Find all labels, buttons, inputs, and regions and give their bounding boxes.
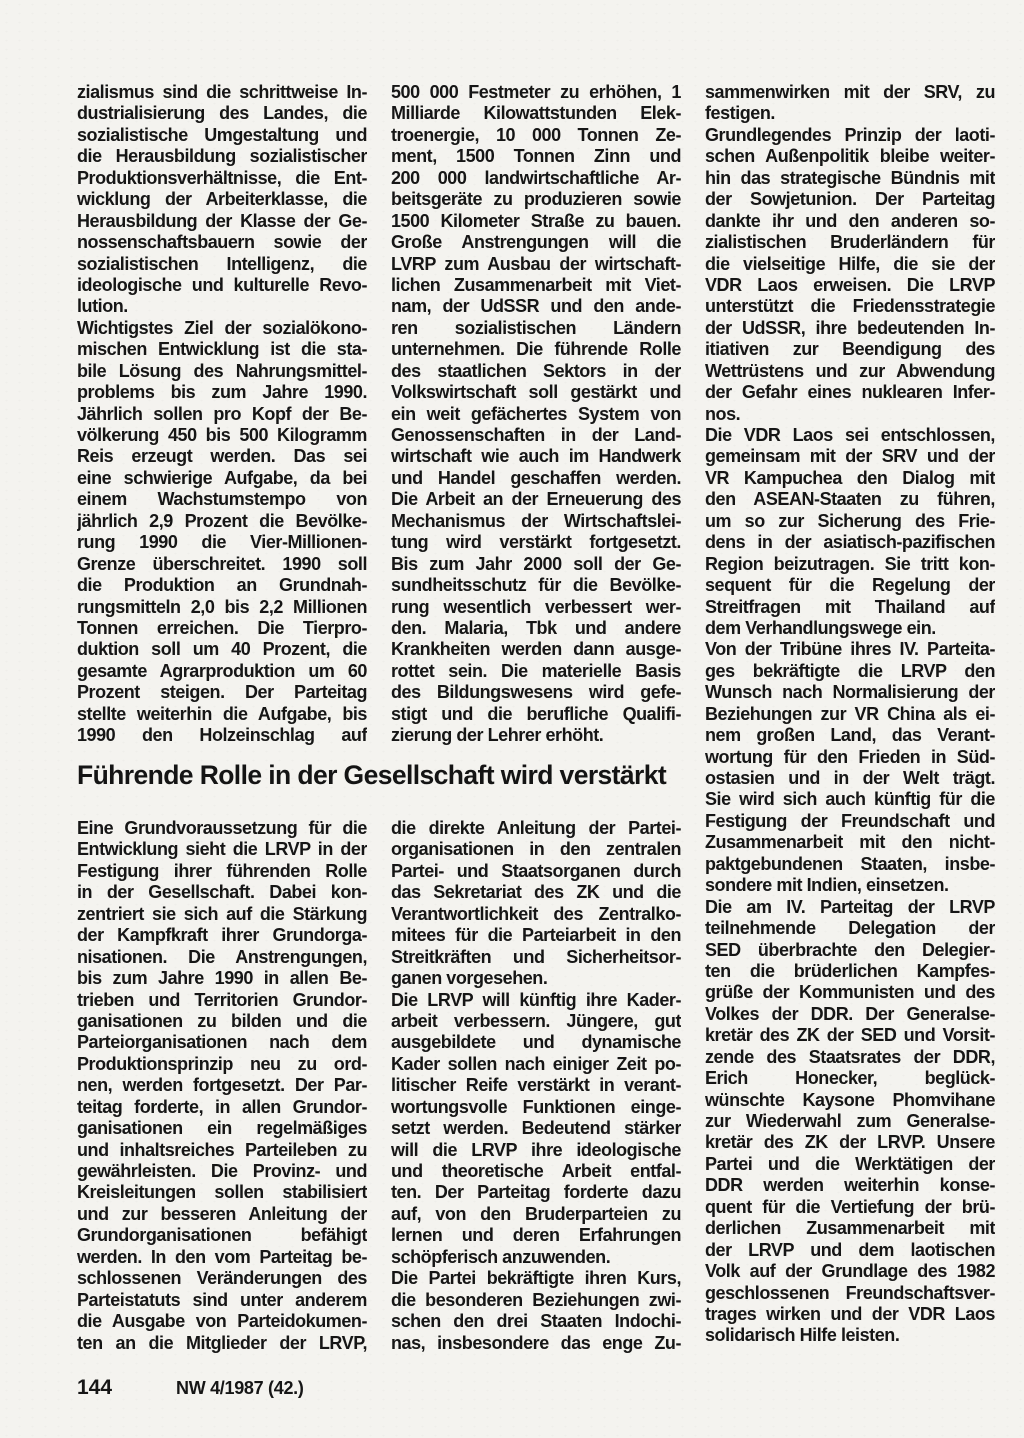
text-line: VDR Laos erweisen. Die LRVP: [705, 275, 995, 296]
text-line: Kreisleitungen sollen stabilisiert: [77, 1182, 367, 1203]
text-line: des staatlichen Sektors in der: [391, 361, 681, 382]
text-line: wünschte Kaysone Phomvihane: [705, 1090, 995, 1111]
text-line: und inhaltsreiches Parteileben zu: [77, 1140, 367, 1161]
text-line: der Gefahr eines nuklearen Infer-: [705, 382, 995, 403]
text-line: litischer Reife verstärkt in verant-: [391, 1075, 681, 1096]
text-line: arbeit verbessern. Jüngere, gut: [391, 1011, 681, 1032]
text-line: Die VDR Laos sei entschlossen,: [705, 425, 995, 446]
text-line: nisationen. Die Anstrengungen,: [77, 947, 367, 968]
text-line: die Ausgabe von Parteidokumen-: [77, 1311, 367, 1332]
text-line: Zusammenarbeit mit den nicht-: [705, 832, 995, 853]
text-line: das Sekretariat des ZK und die: [391, 882, 681, 903]
text-line: VR Kampuchea den Dialog mit: [705, 468, 995, 489]
text-line: paktgebundenen Staaten, insbe-: [705, 854, 995, 875]
text-line: nem großen Land, das Verant-: [705, 725, 995, 746]
text-line: Die LRVP will künftig ihre Kader-: [391, 990, 681, 1011]
text-line: nas, insbesondere das enge Zu-: [391, 1333, 681, 1354]
text-line: ren sozialistischen Ländern: [391, 318, 681, 339]
text-line: Streitfragen mit Thailand auf: [705, 597, 995, 618]
text-line: wortungsvolle Funktionen einge-: [391, 1097, 681, 1118]
text-line: Reis erzeugt werden. Das sei: [77, 446, 367, 467]
text-line: solidarisch Hilfe leisten.: [705, 1325, 995, 1346]
text-line: Produktionsverhältnisse, die Ent-: [77, 168, 367, 189]
text-line: Sie wird sich auch künftig für die: [705, 789, 995, 810]
text-line: unterstützt die Friedensstrategie: [705, 296, 995, 317]
text-line: dankte ihr und den anderen so-: [705, 211, 995, 232]
text-line: stigt und die berufliche Qualifi-: [391, 704, 681, 725]
text-line: zialistischen Bruderländern für: [705, 232, 995, 253]
text-line: sozialistischen Intelligenz, die: [77, 254, 367, 275]
text-line: Kader sollen nach einiger Zeit po-: [391, 1054, 681, 1075]
text-line: ostasien und in der Welt trägt.: [705, 768, 995, 789]
text-line: die vielseitige Hilfe, die sie der: [705, 254, 995, 275]
text-line: ausgebildete und dynamische: [391, 1032, 681, 1053]
text-line: kretär des ZK der LRVP. Unsere: [705, 1132, 995, 1153]
text-line: der Sowjetunion. Der Parteitag: [705, 189, 995, 210]
text-line: ment, 1500 Tonnen Zinn und: [391, 146, 681, 167]
text-line: nossenschaftsbauern sowie der: [77, 232, 367, 253]
text-line: Beziehungen zur VR China als ei-: [705, 704, 995, 725]
page-footer: 144 NW 4/1987 (42.): [0, 1376, 1024, 1406]
text-line: und Handel geschaffen werden.: [391, 468, 681, 489]
text-line: zentriert sie sich auf die Stärkung: [77, 904, 367, 925]
text-line: sondere mit Indien, einsetzen.: [705, 875, 995, 896]
text-line: sozialistische Umgestaltung und: [77, 125, 367, 146]
text-line: und zur besseren Anleitung der: [77, 1204, 367, 1225]
text-line: Erich Honecker, beglück-: [705, 1068, 995, 1089]
text-line: bile Lösung des Nahrungsmittel-: [77, 361, 367, 382]
text-line: beitsgeräte zu produzieren sowie: [391, 189, 681, 210]
text-line: Die Partei bekräftigte ihren Kurs,: [391, 1268, 681, 1289]
text-line: und theoretische Arbeit entfal-: [391, 1161, 681, 1182]
section-heading: Führende Rolle in der Gesellschaft wird …: [77, 760, 717, 791]
text-line: lernen und deren Erfahrungen: [391, 1225, 681, 1246]
text-line: Streitkräften und Sicherheitsor-: [391, 947, 681, 968]
text-line: teilnehmende Delegation der: [705, 918, 995, 939]
text-line: trages wirken und der VDR Laos: [705, 1304, 995, 1325]
text-line: Partei und die Werktätigen der: [705, 1154, 995, 1175]
text-line: Grundorganisationen befähigt: [77, 1225, 367, 1246]
text-line: mischen Entwicklung ist die sta-: [77, 339, 367, 360]
text-line: Krankheiten werden dann ausge-: [391, 639, 681, 660]
text-line: Von der Tribüne ihres IV. Parteita-: [705, 639, 995, 660]
issue-label: NW 4/1987 (42.): [176, 1378, 304, 1399]
text-line: rottet sein. Die materielle Basis: [391, 661, 681, 682]
text-line: zende des Staatsrates der DDR,: [705, 1047, 995, 1068]
text-line: SED überbrachte den Delegier-: [705, 940, 995, 961]
text-line: trieben und Territorien Grundor-: [77, 990, 367, 1011]
text-line: eine schwierige Aufgabe, da bei: [77, 468, 367, 489]
text-line: in der Gesellschaft. Dabei kon-: [77, 882, 367, 903]
text-line: unternehmen. Die führende Rolle: [391, 339, 681, 360]
text-column-upper-left: zialismus sind die schrittweise In-dustr…: [77, 82, 367, 747]
text-line: den. Malaria, Tbk und andere: [391, 618, 681, 639]
text-line: Entwicklung sieht die LRVP in der: [77, 839, 367, 860]
text-line: bis zum Jahre 1990 in allen Be-: [77, 968, 367, 989]
text-line: sequent für die Regelung der: [705, 575, 995, 596]
text-line: nen, werden fortgesetzt. Der Par-: [77, 1075, 367, 1096]
text-line: wirtschaft wie auch im Handwerk: [391, 446, 681, 467]
text-line: geschlossenen Freundschaftsver-: [705, 1283, 995, 1304]
text-line: des Bildungswesens wird gefe-: [391, 682, 681, 703]
text-line: Volkes der DDR. Der Generalse-: [705, 1004, 995, 1025]
text-line: lution.: [77, 296, 367, 317]
text-line: Mechanismus der Wirtschaftslei-: [391, 511, 681, 532]
text-line: sundheitsschutz für die Bevölke-: [391, 575, 681, 596]
text-line: rung wesentlich verbessert wer-: [391, 597, 681, 618]
text-line: Produktionsprinzip neu zu ord-: [77, 1054, 367, 1075]
text-line: Parteistatuts sind unter anderem: [77, 1290, 367, 1311]
text-column-upper-middle: 500 000 Festmeter zu erhöhen, 1Milliarde…: [391, 82, 681, 747]
text-line: Herausbildung der Klasse der Ge-: [77, 211, 367, 232]
text-line: die direkte Anleitung der Partei-: [391, 818, 681, 839]
text-line: wortung für den Frieden in Süd-: [705, 747, 995, 768]
text-line: Verantwortlichkeit des Zentralko-: [391, 904, 681, 925]
text-line: rung 1990 die Vier-Millionen-: [77, 532, 367, 553]
text-line: zialismus sind die schrittweise In-: [77, 82, 367, 103]
text-line: schöpferisch anzuwenden.: [391, 1247, 681, 1268]
text-line: wicklung der Arbeiterklasse, die: [77, 189, 367, 210]
text-line: Jährlich sollen pro Kopf der Be-: [77, 404, 367, 425]
text-line: den ASEAN-Staaten zu führen,: [705, 489, 995, 510]
text-line: setzt werden. Bedeutend stärker: [391, 1118, 681, 1139]
text-line: dustrialisierung des Landes, die: [77, 103, 367, 124]
text-line: zur Wiederwahl zum Generalse-: [705, 1111, 995, 1132]
text-line: stellte weiterhin die Aufgabe, bis: [77, 704, 367, 725]
text-line: Wettrüstens und zur Abwendung: [705, 361, 995, 382]
text-line: gesamte Agrarproduktion um 60: [77, 661, 367, 682]
text-line: Große Anstrengungen will die: [391, 232, 681, 253]
text-line: problems bis zum Jahre 1990.: [77, 382, 367, 403]
text-line: Die am IV. Parteitag der LRVP: [705, 897, 995, 918]
text-line: festigen.: [705, 103, 995, 124]
text-line: lichen Zusammenarbeit mit Viet-: [391, 275, 681, 296]
text-line: derlichen Zusammenarbeit mit: [705, 1218, 995, 1239]
text-line: schlossenen Veränderungen des: [77, 1268, 367, 1289]
text-line: dens in der asiatisch-pazifischen: [705, 532, 995, 553]
text-line: Partei- und Staatsorganen durch: [391, 861, 681, 882]
text-line: duktion soll um 40 Prozent, die: [77, 639, 367, 660]
text-line: werden. In den vom Parteitag be-: [77, 1247, 367, 1268]
text-line: Festigung der Freundschaft und: [705, 811, 995, 832]
text-line: gemeinsam mit der SRV und der: [705, 446, 995, 467]
text-line: Grenze überschreitet. 1990 soll: [77, 554, 367, 575]
text-line: kretär des ZK der SED und Vorsit-: [705, 1025, 995, 1046]
text-line: itiativen zur Beendigung des: [705, 339, 995, 360]
page-number: 144: [77, 1376, 112, 1400]
text-line: 1990 den Holzeinschlag auf: [77, 725, 367, 746]
text-line: völkerung 450 bis 500 Kilogramm: [77, 425, 367, 446]
text-line: auf, von den Bruderparteien zu: [391, 1204, 681, 1225]
text-line: DDR werden weiterhin konse-: [705, 1175, 995, 1196]
text-line: der Kampfkraft ihrer Grundorga-: [77, 925, 367, 946]
text-column-lower-left: Eine Grundvoraussetzung für dieEntwicklu…: [77, 818, 367, 1354]
text-line: gewährleisten. Die Provinz- und: [77, 1161, 367, 1182]
text-line: ten. Der Parteitag forderte dazu: [391, 1182, 681, 1203]
text-line: troenergie, 10 000 Tonnen Ze-: [391, 125, 681, 146]
text-line: Parteiorganisationen nach dem: [77, 1032, 367, 1053]
text-line: organisationen in den zentralen: [391, 839, 681, 860]
text-line: jährlich 2,9 Prozent die Bevölke-: [77, 511, 367, 532]
text-line: sammenwirken mit der SRV, zu: [705, 82, 995, 103]
text-line: nam, der UdSSR und den ande-: [391, 296, 681, 317]
text-line: 200 000 landwirtschaftliche Ar-: [391, 168, 681, 189]
text-line: Wichtigstes Ziel der sozialökono-: [77, 318, 367, 339]
text-line: nos.: [705, 404, 995, 425]
text-line: ganisationen zu bilden und die: [77, 1011, 367, 1032]
text-line: Volkswirtschaft soll gestärkt und: [391, 382, 681, 403]
text-line: ganisationen ein regelmäßiges: [77, 1118, 367, 1139]
text-line: die besonderen Beziehungen zwi-: [391, 1290, 681, 1311]
text-line: Prozent steigen. Der Parteitag: [77, 682, 367, 703]
text-line: schen Außenpolitik bleibe weiter-: [705, 146, 995, 167]
text-line: hin das strategische Bündnis mit: [705, 168, 995, 189]
text-line: tung wird verstärkt fortgesetzt.: [391, 532, 681, 553]
text-line: LVRP zum Ausbau der wirtschaft-: [391, 254, 681, 275]
text-line: 1500 Kilometer Straße zu bauen.: [391, 211, 681, 232]
text-line: quent für die Vertiefung der brü-: [705, 1197, 995, 1218]
text-line: grüße der Kommunisten und des: [705, 982, 995, 1003]
text-line: um so zur Sicherung des Frie-: [705, 511, 995, 532]
text-line: Milliarde Kilowattstunden Elek-: [391, 103, 681, 124]
text-line: ein weit gefächertes System von: [391, 404, 681, 425]
text-line: dem Verhandlungswege ein.: [705, 618, 995, 639]
text-line: Tonnen erreichen. Die Tierpro-: [77, 618, 367, 639]
document-page: zialismus sind die schrittweise In-dustr…: [0, 0, 1024, 1438]
text-line: Die Arbeit an der Erneuerung des: [391, 489, 681, 510]
text-line: Eine Grundvoraussetzung für die: [77, 818, 367, 839]
text-line: rungsmitteln 2,0 bis 2,2 Millionen: [77, 597, 367, 618]
text-line: ideologische und kulturelle Revo-: [77, 275, 367, 296]
text-column-right: sammenwirken mit der SRV, zufestigen.Gru…: [705, 82, 995, 1347]
text-line: zierung der Lehrer erhöht.: [391, 725, 681, 746]
text-line: schen den drei Staaten Indochi-: [391, 1311, 681, 1332]
text-line: Region beizutragen. Sie tritt kon-: [705, 554, 995, 575]
text-line: der LRVP und dem laotischen: [705, 1240, 995, 1261]
text-column-lower-middle: die direkte Anleitung der Partei-organis…: [391, 818, 681, 1354]
text-line: ten die brüderlichen Kampfes-: [705, 961, 995, 982]
text-line: die Produktion an Grundnah-: [77, 575, 367, 596]
text-line: ganen vorgesehen.: [391, 968, 681, 989]
text-line: Volk auf der Grundlage des 1982: [705, 1261, 995, 1282]
text-line: ten an die Mitglieder der LRVP,: [77, 1333, 367, 1354]
text-line: Grundlegendes Prinzip der laoti-: [705, 125, 995, 146]
text-line: die Herausbildung sozialistischer: [77, 146, 367, 167]
text-line: 500 000 Festmeter zu erhöhen, 1: [391, 82, 681, 103]
text-line: teitag forderte, in allen Grundor-: [77, 1097, 367, 1118]
text-line: Genossenschaften in der Land-: [391, 425, 681, 446]
text-line: Bis zum Jahr 2000 soll der Ge-: [391, 554, 681, 575]
text-line: Wunsch nach Normalisierung der: [705, 682, 995, 703]
text-line: ges bekräftigte die LRVP den: [705, 661, 995, 682]
text-line: einem Wachstumstempo von: [77, 489, 367, 510]
text-line: Festigung ihrer führenden Rolle: [77, 861, 367, 882]
text-line: der UdSSR, ihre bedeutenden In-: [705, 318, 995, 339]
text-line: mitees für die Parteiarbeit in den: [391, 925, 681, 946]
text-line: will die LRVP ihre ideologische: [391, 1140, 681, 1161]
